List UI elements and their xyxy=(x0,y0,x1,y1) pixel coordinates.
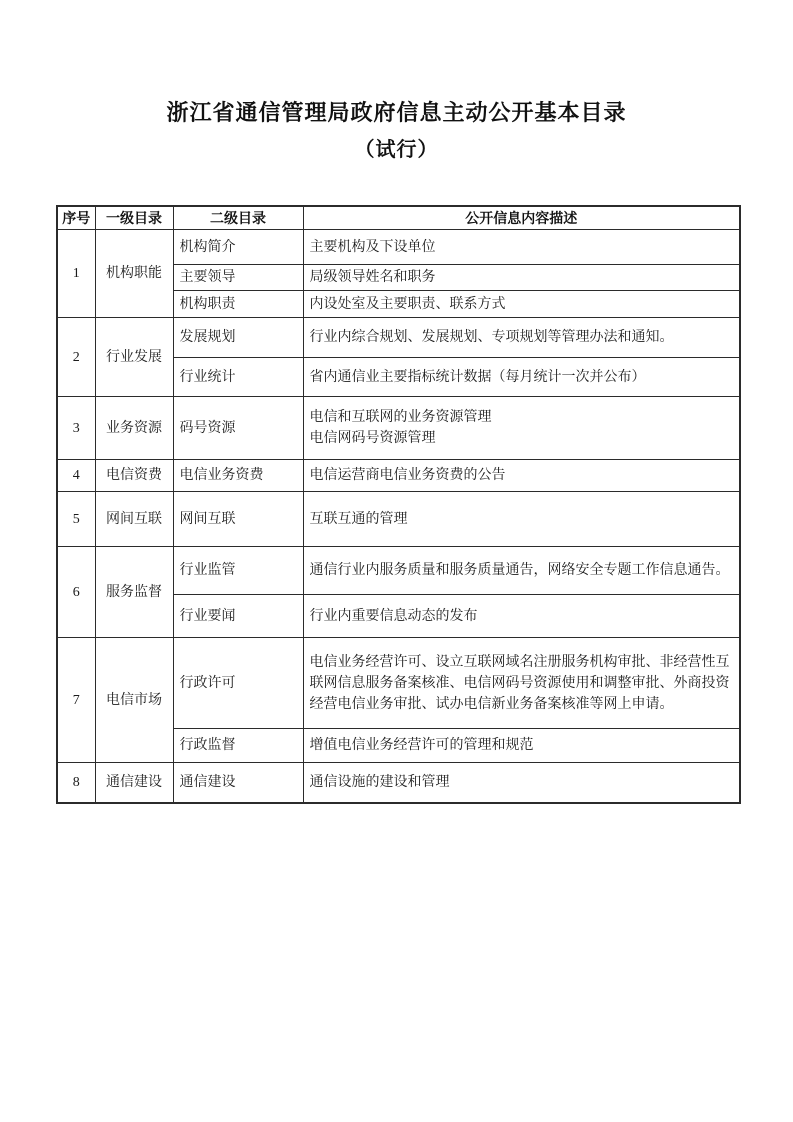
subcategory-cell: 行政监督 xyxy=(173,729,303,763)
serial-cell: 6 xyxy=(57,547,95,638)
description-cell: 省内通信业主要指标统计数据（每月统计一次并公布） xyxy=(303,358,740,397)
serial-cell: 2 xyxy=(57,318,95,397)
serial-cell: 1 xyxy=(57,230,95,318)
description-cell: 通信设施的建设和管理 xyxy=(303,763,740,803)
category-cell: 电信市场 xyxy=(95,638,173,763)
table-body: 1机构职能机构简介主要机构及下设单位主要领导局级领导姓名和职务机构职责内设处室及… xyxy=(57,230,740,803)
subcategory-cell: 行政许可 xyxy=(173,638,303,729)
description-cell: 通信行业内服务质量和服务质量通告，网络安全专题工作信息通告。 xyxy=(303,547,740,595)
description-cell: 行业内综合规划、发展规划、专项规划等管理办法和通知。 xyxy=(303,318,740,358)
table-row: 7电信市场行政许可电信业务经营许可、设立互联网域名注册服务机构审批、非经营性互联… xyxy=(57,638,740,729)
header-description: 公开信息内容描述 xyxy=(303,206,740,230)
category-cell: 行业发展 xyxy=(95,318,173,397)
description-cell: 电信业务经营许可、设立互联网域名注册服务机构审批、非经营性互联网信息服务备案核准… xyxy=(303,638,740,729)
subcategory-cell: 电信业务资费 xyxy=(173,460,303,492)
subcategory-cell: 网间互联 xyxy=(173,492,303,547)
document-subtitle: （试行） xyxy=(0,126,793,162)
subcategory-cell: 码号资源 xyxy=(173,397,303,460)
description-cell: 互联互通的管理 xyxy=(303,492,740,547)
description-cell: 增值电信业务经营许可的管理和规范 xyxy=(303,729,740,763)
table-row: 3业务资源码号资源电信和互联网的业务资源管理 电信网码号资源管理 xyxy=(57,397,740,460)
document-page: 浙江省通信管理局政府信息主动公开基本目录 （试行） 序号 一级目录 二级目录 公… xyxy=(0,0,793,1122)
subcategory-cell: 行业统计 xyxy=(173,358,303,397)
subcategory-cell: 行业要闻 xyxy=(173,595,303,638)
category-cell: 机构职能 xyxy=(95,230,173,318)
subcategory-cell: 机构职责 xyxy=(173,291,303,318)
document-title: 浙江省通信管理局政府信息主动公开基本目录 xyxy=(0,0,793,126)
table-row: 1机构职能机构简介主要机构及下设单位 xyxy=(57,230,740,265)
table-row: 4电信资费电信业务资费电信运营商电信业务资费的公告 xyxy=(57,460,740,492)
subcategory-cell: 通信建设 xyxy=(173,763,303,803)
description-cell: 内设处室及主要职责、联系方式 xyxy=(303,291,740,318)
category-cell: 电信资费 xyxy=(95,460,173,492)
serial-cell: 4 xyxy=(57,460,95,492)
table-row: 2行业发展发展规划行业内综合规划、发展规划、专项规划等管理办法和通知。 xyxy=(57,318,740,358)
subcategory-cell: 行业监管 xyxy=(173,547,303,595)
header-level1-catalog: 一级目录 xyxy=(95,206,173,230)
category-cell: 网间互联 xyxy=(95,492,173,547)
category-cell: 业务资源 xyxy=(95,397,173,460)
category-cell: 服务监督 xyxy=(95,547,173,638)
table-row: 5网间互联网间互联互联互通的管理 xyxy=(57,492,740,547)
serial-cell: 7 xyxy=(57,638,95,763)
table-header-row: 序号 一级目录 二级目录 公开信息内容描述 xyxy=(57,206,740,230)
description-cell: 局级领导姓名和职务 xyxy=(303,265,740,291)
serial-cell: 8 xyxy=(57,763,95,803)
description-cell: 电信运营商电信业务资费的公告 xyxy=(303,460,740,492)
table-row: 6服务监督行业监管通信行业内服务质量和服务质量通告，网络安全专题工作信息通告。 xyxy=(57,547,740,595)
catalog-table: 序号 一级目录 二级目录 公开信息内容描述 1机构职能机构简介主要机构及下设单位… xyxy=(56,205,741,804)
subcategory-cell: 主要领导 xyxy=(173,265,303,291)
serial-cell: 3 xyxy=(57,397,95,460)
table-row: 8通信建设通信建设通信设施的建设和管理 xyxy=(57,763,740,803)
subcategory-cell: 机构简介 xyxy=(173,230,303,265)
category-cell: 通信建设 xyxy=(95,763,173,803)
description-cell: 电信和互联网的业务资源管理 电信网码号资源管理 xyxy=(303,397,740,460)
subcategory-cell: 发展规划 xyxy=(173,318,303,358)
serial-cell: 5 xyxy=(57,492,95,547)
description-cell: 行业内重要信息动态的发布 xyxy=(303,595,740,638)
header-serial-number: 序号 xyxy=(57,206,95,230)
header-level2-catalog: 二级目录 xyxy=(173,206,303,230)
description-cell: 主要机构及下设单位 xyxy=(303,230,740,265)
